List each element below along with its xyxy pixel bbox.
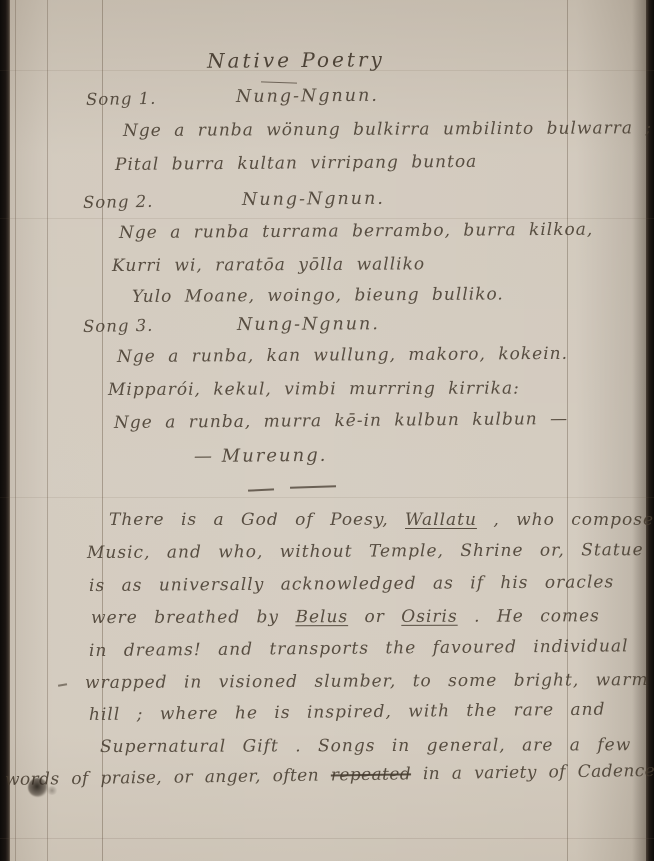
prose-line: is as universally acknowledged as if his… [89, 572, 614, 596]
paper-crease [0, 497, 654, 498]
paper-crease [0, 838, 654, 839]
song-heading: Nung-Ngnun. [236, 86, 379, 107]
verse-line: Nge a runba, murra kē-in kulbun kulbun — [114, 409, 568, 433]
flourish-divider-dash [248, 488, 274, 491]
struck-word: repeated [331, 764, 412, 785]
verse-line: Nge a runba turrama berrambo, burra kilk… [119, 220, 593, 243]
verse-line: Pital burra kultan virripang buntoa [115, 152, 477, 175]
song-label: Song 1. [86, 89, 157, 109]
prose-line: Supernatural Gift . Songs in general, ar… [100, 735, 631, 757]
refrain-line: — Mureung. [194, 445, 328, 467]
prose-line: in dreams! and transports the favoured i… [89, 636, 629, 661]
song-label: Song 2. [83, 192, 154, 212]
verse-line: Kurri wi, raratōa yōlla walliko [112, 254, 425, 276]
manuscript-page: Native Poetry Song 1.Nung-Ngnun.Nge a ru… [0, 0, 654, 861]
verse-line: Nge a runba wönung bulkirra umbilinto bu… [123, 118, 652, 141]
ink-blot [28, 778, 48, 797]
flourish-divider-dash [290, 485, 336, 488]
margin-rule-left [102, 0, 103, 861]
page-title: Native Poetry [207, 47, 385, 73]
underlined-word: Wallatu [405, 510, 477, 530]
underlined-word: Belus [295, 607, 348, 627]
prose-line: hill ; where he is inspired, with the ra… [89, 700, 606, 725]
margin-mark [58, 683, 67, 686]
prose-line: Music, and who, without Temple, Shrine o… [87, 540, 644, 563]
song-heading: Nung-Ngnun. [242, 189, 385, 210]
verse-line: Yulo Moane, woingo, bieung bulliko. [132, 284, 504, 307]
prose-line: were breathed by Belus or Osiris . He co… [91, 606, 600, 628]
underlined-word: Osiris [401, 607, 457, 627]
scan-edge-left [0, 0, 10, 861]
prose-line: There is a God of Poesy, Wallatu , who c… [109, 510, 654, 530]
margin-rule-2 [47, 0, 48, 861]
song-label: Song 3. [83, 316, 154, 336]
paper-crease [0, 218, 654, 219]
title-underline [261, 81, 297, 83]
margin-rule-1 [15, 0, 16, 861]
song-heading: Nung-Ngnun. [237, 314, 380, 335]
prose-line: wrapped in visioned slumber, to some bri… [85, 670, 649, 693]
verse-line: Mipparói, kekul, vimbi murrring kirrika: [108, 379, 520, 400]
ink-blot-smudge [46, 786, 58, 795]
verse-line: Nge a runba, kan wullung, makoro, kokein… [117, 344, 568, 367]
